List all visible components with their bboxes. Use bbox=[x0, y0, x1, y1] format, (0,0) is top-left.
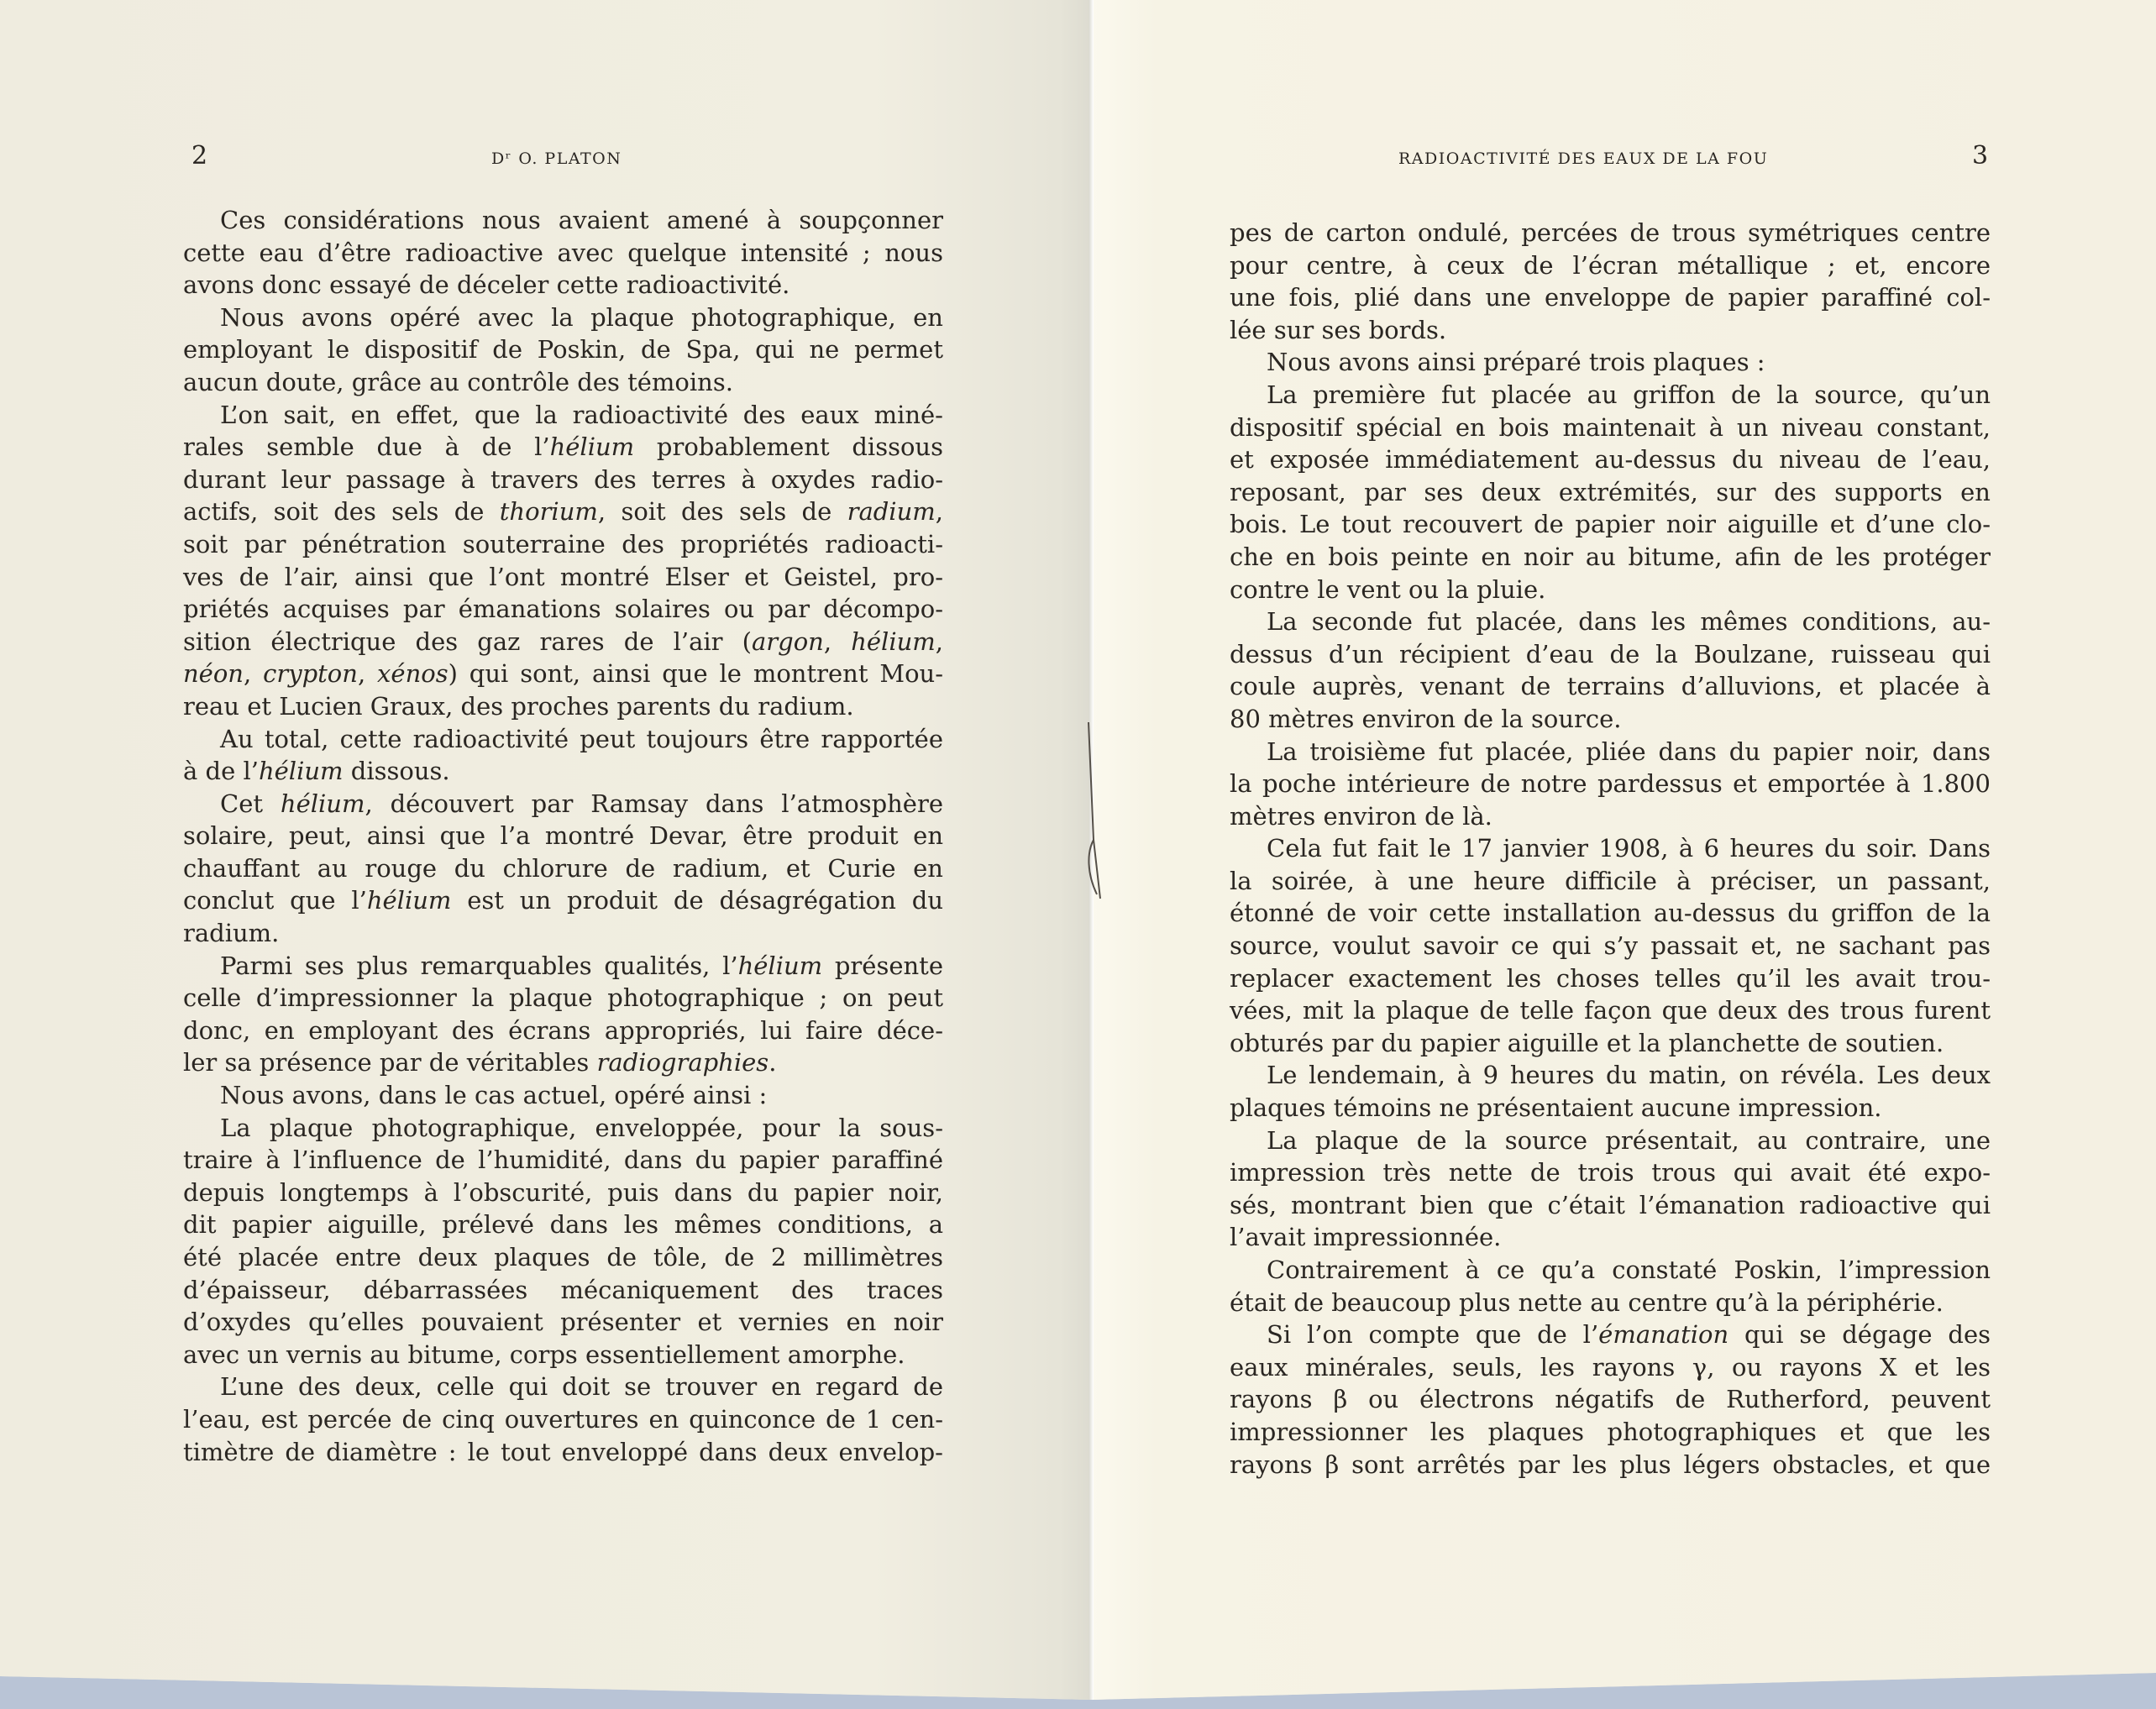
text-line: d’épaisseur, débarrassées mécaniquement … bbox=[183, 1274, 943, 1307]
text-line: d’oxydes qu’elles pouvaient présenter et… bbox=[183, 1306, 943, 1339]
paragraph: Au total, cette radioactivité peut toujo… bbox=[183, 723, 943, 788]
text-line: la poche intérieure de notre pardessus e… bbox=[1230, 768, 1991, 800]
text-line: Cela fut fait le 17 janvier 1908, à 6 he… bbox=[1230, 832, 1991, 865]
text-line: l’avait impressionnée. bbox=[1230, 1221, 1991, 1254]
paragraph: Si l’on compte que de l’émanation qui se… bbox=[1230, 1318, 1991, 1481]
running-head-left: Dʳ O. PLATON bbox=[491, 149, 622, 168]
text-line: impressionner les plaques photographique… bbox=[1230, 1416, 1991, 1449]
text-line: employant le dispositif de Poskin, de Sp… bbox=[183, 333, 943, 366]
text-line: Le lendemain, à 9 heures du matin, on ré… bbox=[1230, 1059, 1991, 1092]
running-head-right: RADIOACTIVITÉ DES EAUX DE LA FOU bbox=[1398, 149, 1768, 168]
text-line: depuis longtemps à l’obscurité, puis dan… bbox=[183, 1177, 943, 1209]
text-line: Si l’on compte que de l’émanation qui se… bbox=[1230, 1318, 1991, 1351]
text-line: et exposée immédiatement au-dessus du ni… bbox=[1230, 443, 1991, 476]
text-line: impression très nette de trois trous qui… bbox=[1230, 1156, 1991, 1189]
text-line: priétés acquises par émanations solaires… bbox=[183, 593, 943, 626]
text-line: vées, mit la plaque de telle façon que d… bbox=[1230, 994, 1991, 1027]
text-line: eaux minérales, seuls, les rayons γ, ou … bbox=[1230, 1351, 1991, 1384]
text-line: aucun doute, grâce au contrôle des témoi… bbox=[183, 366, 943, 399]
text-line: dispositif spécial en bois maintenait à … bbox=[1230, 412, 1991, 444]
paragraph: La troisième fut placée, pliée dans du p… bbox=[1230, 736, 1991, 833]
text-line: néon, crypton, xénos) qui sont, ainsi qu… bbox=[183, 658, 943, 690]
text-line: Ces considérations nous avaient amené à … bbox=[183, 204, 943, 237]
paragraph: Le lendemain, à 9 heures du matin, on ré… bbox=[1230, 1059, 1991, 1124]
page-number-left: 2 bbox=[191, 141, 207, 171]
text-line: donc, en employant des écrans appropriés… bbox=[183, 1014, 943, 1047]
text-line: l’eau, est percée de cinq ouvertures en … bbox=[183, 1403, 943, 1436]
text-line: lée sur ses bords. bbox=[1230, 314, 1991, 347]
text-line: reposant, par ses deux extrémités, sur d… bbox=[1230, 476, 1991, 509]
text-line: timètre de diamètre : le tout enveloppé … bbox=[183, 1436, 943, 1469]
text-line: contre le vent ou la pluie. bbox=[1230, 574, 1991, 606]
text-line: reau et Lucien Graux, des proches parent… bbox=[183, 690, 943, 723]
text-line: la soirée, à une heure difficile à préci… bbox=[1230, 865, 1991, 898]
paragraph: L’une des deux, celle qui doit se trouve… bbox=[183, 1371, 943, 1468]
text-line: Contrairement à ce qu’a constaté Poskin,… bbox=[1230, 1254, 1991, 1287]
text-line: rayons β ou électrons négatifs de Ruther… bbox=[1230, 1383, 1991, 1416]
text-line: La plaque de la source présentait, au co… bbox=[1230, 1124, 1991, 1157]
text-line: sition électrique des gaz rares de l’air… bbox=[183, 626, 943, 658]
paragraph: Ces considérations nous avaient amené à … bbox=[183, 204, 943, 301]
text-line: coule auprès, venant de terrains d’alluv… bbox=[1230, 670, 1991, 703]
text-line: était de beaucoup plus nette au centre q… bbox=[1230, 1287, 1991, 1319]
text-line: Cet hélium, découvert par Ramsay dans l’… bbox=[183, 788, 943, 820]
text-line: Au total, cette radioactivité peut toujo… bbox=[183, 723, 943, 756]
text-line: Nous avons opéré avec la plaque photogra… bbox=[183, 301, 943, 334]
text-line: dessus d’un récipient d’eau de la Boulza… bbox=[1230, 638, 1991, 671]
text-line: obturés par du papier aiguille et la pla… bbox=[1230, 1027, 1991, 1060]
text-line: étonné de voir cette installation au-des… bbox=[1230, 897, 1991, 930]
paragraph: Contrairement à ce qu’a constaté Poskin,… bbox=[1230, 1254, 1991, 1318]
text-line: une fois, plié dans une enveloppe de pap… bbox=[1230, 281, 1991, 314]
paragraph: La plaque de la source présentait, au co… bbox=[1230, 1124, 1991, 1254]
paragraph: Nous avons ainsi préparé trois plaques : bbox=[1230, 346, 1991, 379]
text-line: L’on sait, en effet, que la radioactivit… bbox=[183, 399, 943, 432]
text-line: pour centre, à ceux de l’écran métalliqu… bbox=[1230, 249, 1991, 282]
text-line: rayons β sont arrêtés par les plus léger… bbox=[1230, 1449, 1991, 1481]
text-line: radium. bbox=[183, 917, 943, 950]
text-line: bois. Le tout recouvert de papier noir a… bbox=[1230, 508, 1991, 541]
text-line: conclut que l’hélium est un produit de d… bbox=[183, 884, 943, 917]
text-line: avons donc essayé de déceler cette radio… bbox=[183, 269, 943, 301]
text-line: soit par pénétration souterraine des pro… bbox=[183, 528, 943, 561]
text-line: celle d’impressionner la plaque photogra… bbox=[183, 982, 943, 1014]
text-line: Parmi ses plus remarquables qualités, l’… bbox=[183, 950, 943, 983]
text-line: dit papier aiguille, prélevé dans les mê… bbox=[183, 1208, 943, 1241]
text-line: ves de l’air, ainsi que l’ont montré Els… bbox=[183, 561, 943, 594]
paragraph: pes de carton ondulé, percées de trous s… bbox=[1230, 217, 1991, 346]
paragraph: Parmi ses plus remarquables qualités, l’… bbox=[183, 950, 943, 1079]
book-spread: 2 Dʳ O. PLATON Ces considérations nous a… bbox=[0, 0, 2156, 1709]
left-page: 2 Dʳ O. PLATON Ces considérations nous a… bbox=[0, 0, 1092, 1709]
paragraph: Nous avons opéré avec la plaque photogra… bbox=[183, 301, 943, 399]
text-line: La première fut placée au griffon de la … bbox=[1230, 379, 1991, 412]
page-number-right: 3 bbox=[1972, 141, 1988, 171]
text-line: durant leur passage à travers des terres… bbox=[183, 464, 943, 496]
text-line: actifs, soit des sels de thorium, soit d… bbox=[183, 495, 943, 528]
text-line: La seconde fut placée, dans les mêmes co… bbox=[1230, 605, 1991, 638]
text-line: mètres environ de là. bbox=[1230, 800, 1991, 833]
text-line: été placée entre deux plaques de tôle, d… bbox=[183, 1241, 943, 1274]
paragraph: La seconde fut placée, dans les mêmes co… bbox=[1230, 605, 1991, 735]
text-line: traire à l’influence de l’humidité, dans… bbox=[183, 1144, 943, 1177]
text-line: La plaque photographique, enveloppée, po… bbox=[183, 1112, 943, 1145]
paragraph: Nous avons, dans le cas actuel, opéré ai… bbox=[183, 1079, 943, 1112]
text-line: Nous avons, dans le cas actuel, opéré ai… bbox=[183, 1079, 943, 1112]
paragraph: Cet hélium, découvert par Ramsay dans l’… bbox=[183, 788, 943, 950]
paragraph: La première fut placée au griffon de la … bbox=[1230, 379, 1991, 605]
text-line: à de l’hélium dissous. bbox=[183, 755, 943, 788]
paragraph: La plaque photographique, enveloppée, po… bbox=[183, 1112, 943, 1371]
text-line: plaques témoins ne présentaient aucune i… bbox=[1230, 1092, 1991, 1124]
paragraph: Cela fut fait le 17 janvier 1908, à 6 he… bbox=[1230, 832, 1991, 1059]
text-line: chauffant au rouge du chlorure de radium… bbox=[183, 852, 943, 885]
text-line: rales semble due à de l’hélium probablem… bbox=[183, 431, 943, 464]
right-text-column: pes de carton ondulé, percées de trous s… bbox=[1230, 217, 1991, 1481]
text-line: pes de carton ondulé, percées de trous s… bbox=[1230, 217, 1991, 249]
text-line: source, voulut savoir ce qui s’y passait… bbox=[1230, 930, 1991, 962]
text-line: L’une des deux, celle qui doit se trouve… bbox=[183, 1371, 943, 1403]
text-line: ler sa présence par de véritables radiog… bbox=[183, 1046, 943, 1079]
paragraph: L’on sait, en effet, que la radioactivit… bbox=[183, 399, 943, 723]
text-line: La troisième fut placée, pliée dans du p… bbox=[1230, 736, 1991, 768]
text-line: Nous avons ainsi préparé trois plaques : bbox=[1230, 346, 1991, 379]
text-line: cette eau d’être radioactive avec quelqu… bbox=[183, 237, 943, 270]
text-line: solaire, peut, ainsi que l’a montré Deva… bbox=[183, 820, 943, 852]
text-line: replacer exactement les choses telles qu… bbox=[1230, 962, 1991, 995]
text-line: sés, montrant bien que c’était l’émanati… bbox=[1230, 1189, 1991, 1222]
text-line: che en bois peinte en noir au bitume, af… bbox=[1230, 541, 1991, 574]
left-text-column: Ces considérations nous avaient amené à … bbox=[183, 204, 943, 1468]
text-line: avec un vernis au bitume, corps essentie… bbox=[183, 1339, 943, 1371]
binding-thread-icon bbox=[1085, 714, 1110, 907]
text-line: 80 mètres environ de la source. bbox=[1230, 703, 1991, 736]
